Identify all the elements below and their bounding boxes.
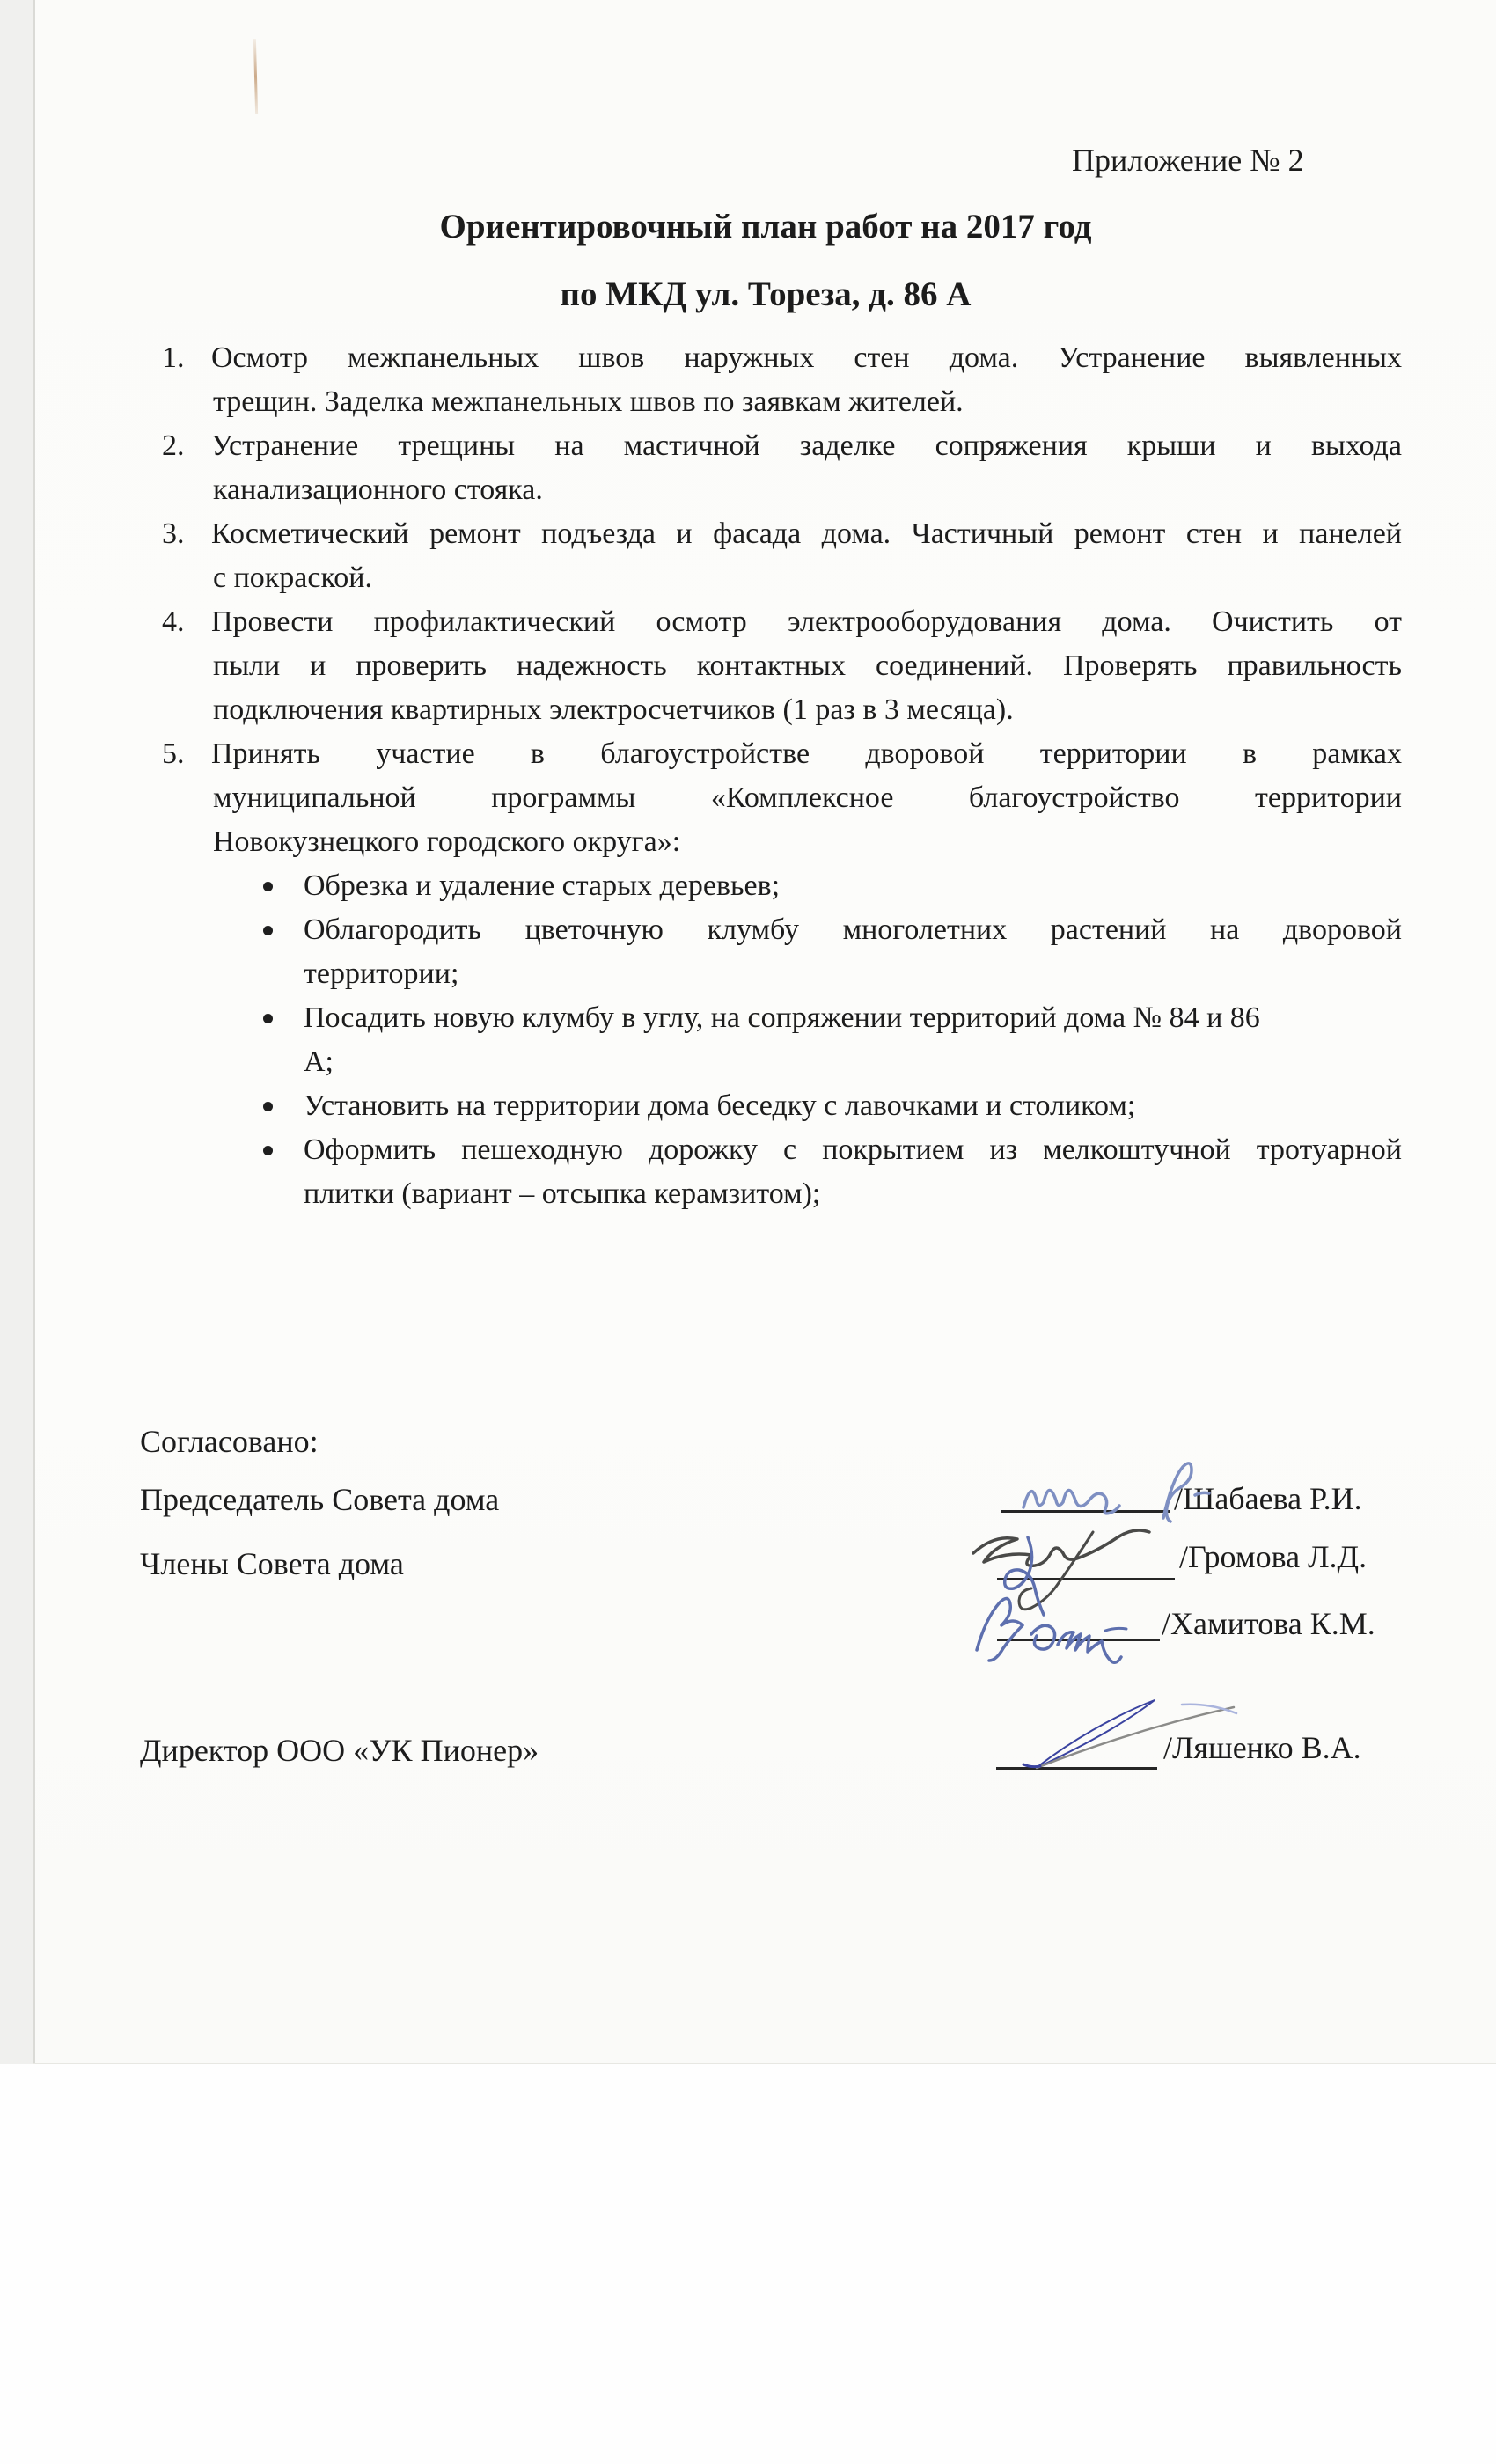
plan-item-3-line-2: с покраской.: [213, 556, 1402, 600]
role-label-director: Директор ООО «УК Пионер»: [140, 1732, 539, 1770]
list-number: 1.: [162, 336, 185, 380]
signature-shabaeva-image: [1023, 1463, 1209, 1522]
list-number: 5.: [162, 732, 185, 776]
role-label-members: Члены Совета дома: [140, 1545, 404, 1583]
appendix-label: Приложение № 2: [1072, 142, 1304, 180]
sub-item-1-line-1: Обрезка и удаление старых деревьев;: [304, 864, 1402, 908]
plan-item-text: Принять участие в благоустройстве дворов…: [211, 737, 1402, 770]
plan-item-text: Осмотр межпанельных швов наружных стен д…: [211, 341, 1402, 374]
plan-item-4-line-2: пыли и проверить надежность контактных с…: [213, 644, 1402, 688]
plan-item-1-line-1: 1. Осмотр межпанельных швов наружных сте…: [211, 336, 1402, 380]
plan-item-1-line-2: трещин. Заделка межпанельных швов по зая…: [213, 380, 1402, 424]
sub-item-3-line-2: А;: [304, 1040, 1402, 1084]
sub-item-5-line-2: плитки (вариант – отсыпка керамзитом);: [304, 1172, 1402, 1216]
agreed-label: Согласовано:: [140, 1423, 319, 1461]
signatures-layer: [933, 1430, 1355, 1800]
bullet-icon: [263, 1146, 273, 1155]
sub-item-3-line-1: Посадить новую клумбу в углу, на сопряже…: [304, 996, 1402, 1040]
plan-item-2-line-1: 2. Устранение трещины на мастичной задел…: [211, 424, 1402, 468]
sub-item-2-line-1: Облагородить цветочную клумбу многолетни…: [304, 908, 1402, 952]
sub-item-text: Облагородить цветочную клумбу многолетни…: [304, 913, 1402, 946]
scanner-background-bottom: [0, 2064, 1496, 2464]
plan-item-5-line-2: муниципальной программы «Комплексное бла…: [213, 776, 1402, 820]
plan-item-2-line-2: канализационного стояка.: [213, 468, 1402, 512]
signature-lyashenko-image: [1023, 1700, 1236, 1768]
bullet-icon: [263, 926, 273, 935]
plan-item-text: Косметический ремонт подъезда и фасада д…: [211, 517, 1402, 550]
signature-khamitova-image: [977, 1598, 1126, 1662]
doc-title-line1: Ориентировочный план работ на 2017 год: [35, 207, 1496, 248]
doc-title-line2: по МКД ул. Тореза, д. 86 А: [35, 275, 1496, 316]
sub-item-2-line-2: территории;: [304, 952, 1402, 996]
sub-item-text: Обрезка и удаление старых деревьев;: [304, 869, 780, 902]
role-label-chairman: Председатель Совета дома: [140, 1481, 499, 1519]
bullet-icon: [263, 882, 273, 891]
plan-item-3-line-1: 3. Косметический ремонт подъезда и фасад…: [211, 512, 1402, 556]
plan-item-4-line-1: 4. Провести профилактический осмотр элек…: [211, 600, 1402, 644]
plan-item-text: Провести профилактический осмотр электро…: [211, 605, 1402, 638]
bullet-icon: [263, 1014, 273, 1023]
sub-item-text: Установить на территории дома беседку с …: [304, 1089, 1135, 1122]
sub-item-5-line-1: Оформить пешеходную дорожку с покрытием …: [304, 1128, 1402, 1172]
list-number: 4.: [162, 600, 185, 644]
plan-item-5-line-3: Новокузнецкого городского округа»:: [213, 820, 1402, 864]
sub-item-text: Посадить новую клумбу в углу, на сопряже…: [304, 1001, 1260, 1034]
sub-item-4-line-1: Установить на территории дома беседку с …: [304, 1084, 1402, 1128]
sub-item-text: Оформить пешеходную дорожку с покрытием …: [304, 1133, 1402, 1166]
bullet-icon: [263, 1102, 273, 1111]
plan-item-4-line-3: подключения квартирных электросчетчиков …: [213, 688, 1402, 732]
scanner-background-left: [0, 0, 33, 2064]
plan-item-5-line-1: 5. Принять участие в благоустройстве дво…: [211, 732, 1402, 776]
plan-item-text: Устранение трещины на мастичной заделке …: [211, 429, 1402, 462]
list-number: 3.: [162, 512, 185, 556]
list-number: 2.: [162, 424, 185, 468]
scanned-document-page: Приложение № 2 Ориентировочный план рабо…: [0, 0, 1496, 2464]
